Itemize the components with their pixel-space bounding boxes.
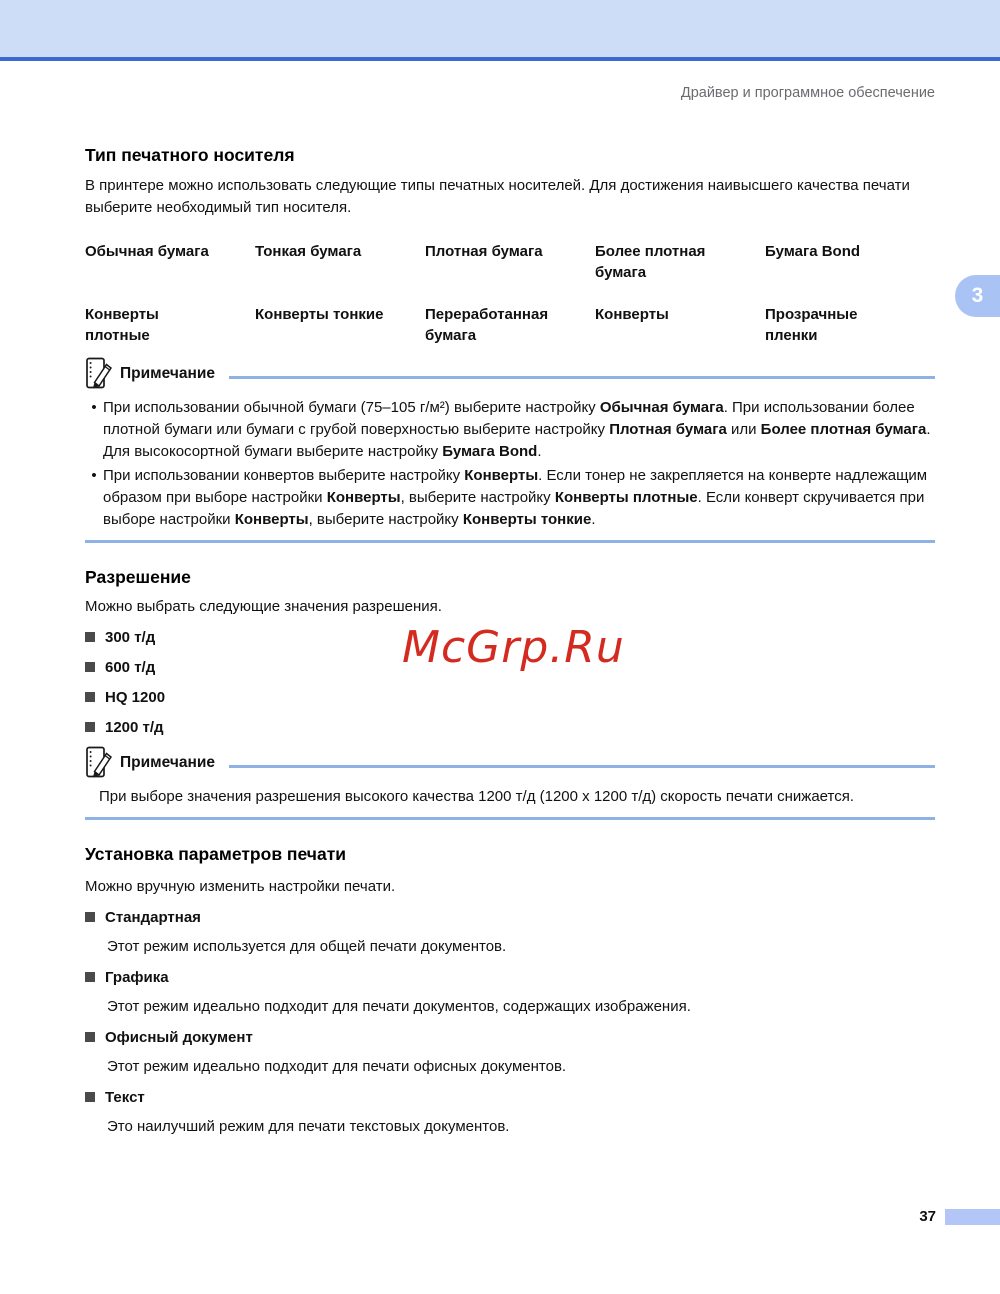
square-bullet-icon: [85, 1092, 95, 1102]
list-item: 300 т/д: [85, 626, 935, 648]
resolution-option: 600 т/д: [105, 659, 155, 676]
top-banner: [0, 0, 1000, 61]
section-title-media-type: Тип печатного носителя: [85, 145, 935, 165]
table-cell: Переработанная бумага: [425, 304, 595, 346]
square-bullet-icon: [85, 972, 95, 982]
section-title-resolution: Разрешение: [85, 567, 935, 587]
bullet-dot: •: [85, 397, 103, 463]
resolution-option: 1200 т/д: [105, 719, 164, 736]
resolution-option: HQ 1200: [105, 689, 165, 706]
table-cell: Более плотная бумага: [595, 241, 765, 283]
print-mode-item: Стандартная Этот режим используется для …: [85, 906, 935, 958]
table-cell: Конверты тонкие: [255, 304, 425, 346]
chapter-tab: 3: [955, 275, 1000, 317]
note-rule-line: [229, 765, 935, 768]
resolution-intro: Можно выбрать следующие значения разреше…: [85, 596, 935, 618]
square-bullet-icon: [85, 662, 95, 672]
note-header: Примечание: [85, 357, 935, 391]
note-bullet-text: При использовании конвертов выберите нас…: [103, 465, 935, 531]
chapter-number: 3: [972, 284, 984, 308]
note-text: При выборе значения разрешения высокого …: [85, 786, 935, 808]
page-footer: 37: [919, 1208, 1000, 1225]
media-type-table: Обычная бумага Тонкая бумага Плотная бум…: [85, 241, 935, 346]
print-mode-name-row: Графика: [85, 966, 935, 988]
print-mode-name-row: Стандартная: [85, 906, 935, 928]
note-bullet-text: При использовании обычной бумаги (75–105…: [103, 397, 935, 463]
note-label: Примечание: [120, 365, 215, 383]
page-content: Тип печатного носителя В принтере можно …: [85, 145, 935, 1138]
note-block-media: Примечание • При использовании обычной б…: [85, 357, 935, 543]
note-bullet-item: • При использовании обычной бумаги (75–1…: [85, 397, 935, 463]
print-mode-name-row: Текст: [85, 1086, 935, 1108]
square-bullet-icon: [85, 722, 95, 732]
note-pencil-icon: [85, 746, 113, 780]
note-close-line: [85, 540, 935, 543]
footer-accent-bar: [945, 1209, 1000, 1225]
print-mode-item: Графика Этот режим идеально подходит для…: [85, 966, 935, 1018]
print-mode-desc: Этот режим идеально подходит для печати …: [107, 996, 935, 1018]
note-bullet-item: • При использовании конвертов выберите н…: [85, 465, 935, 531]
square-bullet-icon: [85, 1032, 95, 1042]
note-header: Примечание: [85, 746, 935, 780]
square-bullet-icon: [85, 912, 95, 922]
print-mode-name: Текст: [105, 1089, 145, 1106]
note-close-line: [85, 817, 935, 820]
table-cell: Конверты: [595, 304, 765, 346]
table-cell: Плотная бумага: [425, 241, 595, 283]
table-cell: Прозрачные пленки: [765, 304, 935, 346]
note-rule-line: [229, 376, 935, 379]
square-bullet-icon: [85, 632, 95, 642]
list-item: 1200 т/д: [85, 716, 935, 738]
print-mode-item: Офисный документ Этот режим идеально под…: [85, 1026, 935, 1078]
page-number: 37: [919, 1208, 936, 1225]
print-mode-item: Текст Это наилучший режим для печати тек…: [85, 1086, 935, 1138]
note-pencil-icon: [85, 357, 113, 391]
running-header: Драйвер и программное обеспечение: [0, 85, 935, 101]
list-item: HQ 1200: [85, 686, 935, 708]
print-mode-name: Офисный документ: [105, 1029, 253, 1046]
note-body: • При использовании обычной бумаги (75–1…: [85, 397, 935, 531]
print-mode-name: Графика: [105, 969, 169, 986]
note-block-resolution: Примечание При выборе значения разрешени…: [85, 746, 935, 820]
print-mode-desc: Этот режим используется для общей печати…: [107, 936, 935, 958]
print-mode-desc: Этот режим идеально подходит для печати …: [107, 1056, 935, 1078]
table-cell: Тонкая бумага: [255, 241, 425, 283]
table-cell: Обычная бумага: [85, 241, 255, 283]
print-mode-desc: Это наилучший режим для печати текстовых…: [107, 1116, 935, 1138]
section-title-print-settings: Установка параметров печати: [85, 844, 935, 864]
note-label: Примечание: [120, 754, 215, 772]
print-settings-list: Стандартная Этот режим используется для …: [85, 906, 935, 1138]
resolution-option: 300 т/д: [105, 629, 155, 646]
table-cell: Конверты плотные: [85, 304, 255, 346]
media-type-intro: В принтере можно использовать следующие …: [85, 175, 935, 219]
print-settings-intro: Можно вручную изменить настройки печати.: [85, 876, 935, 898]
resolution-list: 300 т/д 600 т/д HQ 1200 1200 т/д: [85, 626, 935, 738]
print-mode-name-row: Офисный документ: [85, 1026, 935, 1048]
table-cell: Бумага Bond: [765, 241, 935, 283]
print-mode-name: Стандартная: [105, 909, 201, 926]
list-item: 600 т/д: [85, 656, 935, 678]
square-bullet-icon: [85, 692, 95, 702]
bullet-dot: •: [85, 465, 103, 531]
